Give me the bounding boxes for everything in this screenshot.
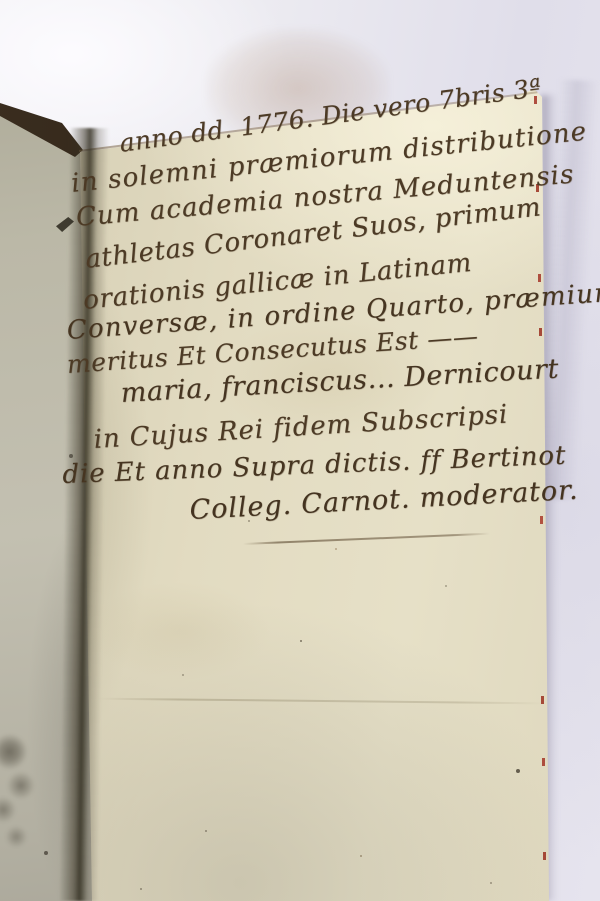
- antique-book-photo: anno dd. 1776. Die vero 7bris 3ª in sole…: [0, 0, 600, 901]
- paper-specks: [300, 640, 302, 642]
- ink-blot: [0, 718, 46, 853]
